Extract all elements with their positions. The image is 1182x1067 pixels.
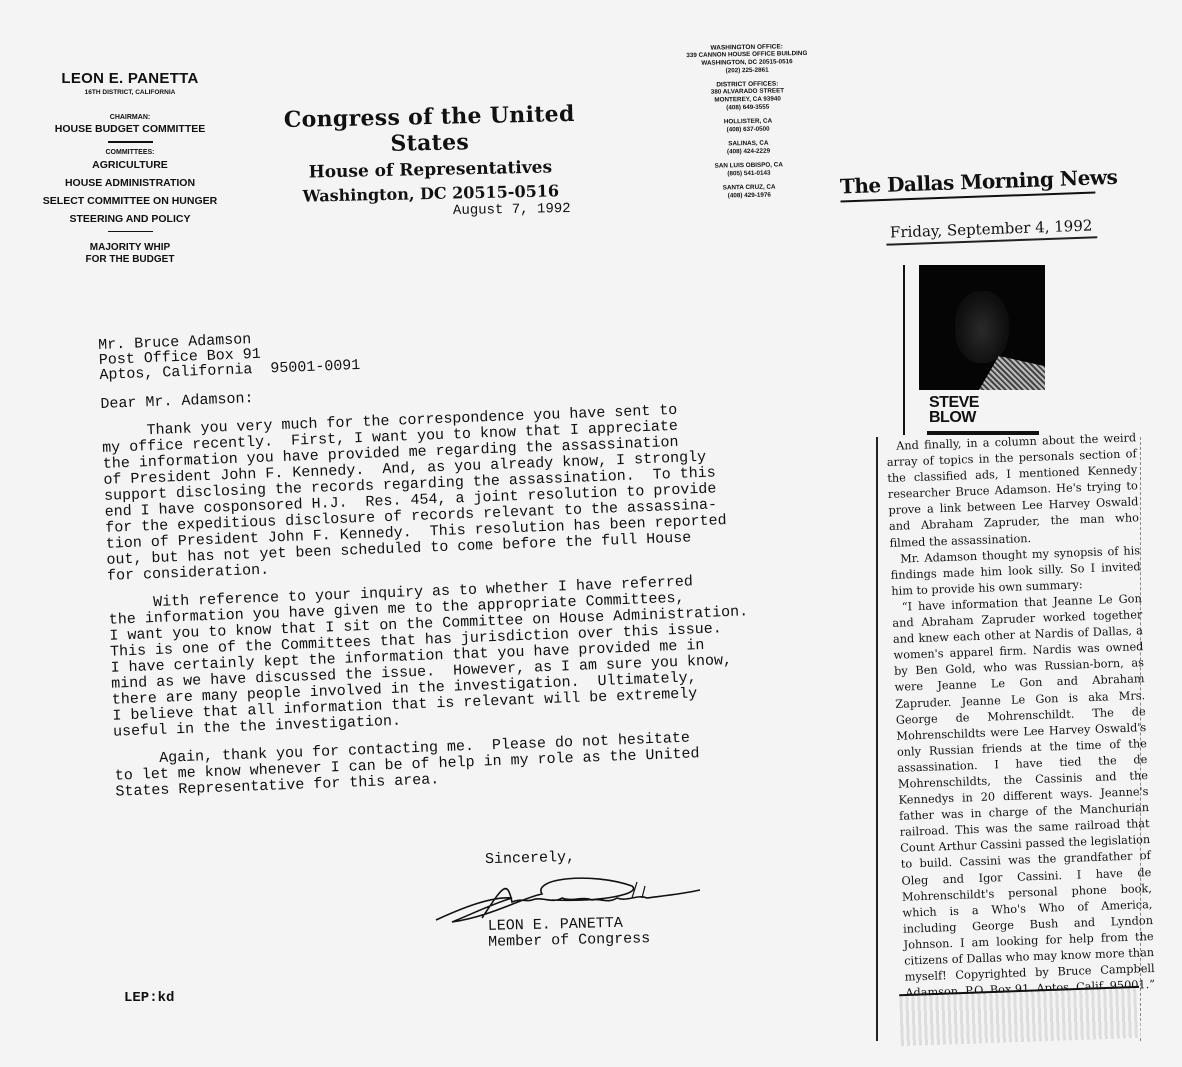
typist-initials: LEP:kd <box>124 990 174 1006</box>
committee-item: SELECT COMMITTEE ON HUNGER <box>40 195 220 207</box>
face-image <box>955 291 1009 363</box>
letter-paragraph: With reference to your inquiry as to whe… <box>108 568 853 740</box>
column-paragraph: “I have information that Jeanne Le Gon a… <box>892 591 1156 1002</box>
columnist-photo <box>919 265 1045 390</box>
committee-item: STEERING AND POLICY <box>40 213 220 225</box>
office-line: (408) 429-1976 <box>669 191 829 202</box>
signer-block: LEON E. PANETTA Member of Congress <box>488 915 651 951</box>
closing: Sincerely, <box>485 849 575 868</box>
letter-paragraph: Thank you very much for the corresponden… <box>101 397 847 585</box>
clipping-torn-edge <box>899 986 1141 1046</box>
newspaper-masthead: The Dallas Morning News <box>840 166 1096 203</box>
chairman-label: CHAIRMAN: <box>40 114 220 121</box>
congress-title: Congress of the United States <box>249 100 610 160</box>
member-district: 16TH DISTRICT, CALIFORNIA <box>40 89 220 96</box>
column-text: And finally, in a column about the weird… <box>886 430 1156 1018</box>
office-addresses: WASHINGTON OFFICE: 339 CANNON HOUSE OFFI… <box>667 43 830 202</box>
columnist-first-name: STEVE <box>929 395 979 410</box>
committee-item: AGRICULTURE <box>40 159 220 171</box>
committees-label: COMMITTEES: <box>40 149 220 156</box>
newspaper-name: The Dallas Morning News <box>840 166 1096 199</box>
column-paragraph: Mr. Adamson thought my synopsis of his f… <box>890 543 1142 600</box>
letter-date: August 7, 1992 <box>453 201 571 219</box>
signer-title: Member of Congress <box>488 931 650 951</box>
columnist-last-name: BLOW <box>929 410 979 425</box>
whip-line: MAJORITY WHIP <box>40 242 220 254</box>
member-name: LEON E. PANETTA <box>40 70 220 87</box>
column-paragraph: And finally, in a column about the weird… <box>886 430 1140 551</box>
newspaper-date: Friday, September 4, 1992 <box>886 216 1097 245</box>
whip-title: MAJORITY WHIP FOR THE BUDGET <box>40 242 220 266</box>
divider <box>108 141 153 143</box>
committee-item: HOUSE ADMINISTRATION <box>40 177 220 189</box>
letter-body: Mr. Bruce Adamson Post Office Box 91 Apt… <box>98 310 855 801</box>
whip-line: FOR THE BUDGET <box>40 254 220 266</box>
columnist-name: STEVE BLOW <box>929 395 979 425</box>
chairman-committee: HOUSE BUDGET COMMITTEE <box>40 123 220 135</box>
letterhead-title: Congress of the United States House of R… <box>249 100 611 207</box>
letterhead-member-panel: LEON E. PANETTA 16TH DISTRICT, CALIFORNI… <box>40 70 220 266</box>
divider <box>108 231 153 233</box>
columnist-photo-box: STEVE BLOW <box>903 265 1048 435</box>
newspaper-column: And finally, in a column about the weird… <box>876 437 1141 1041</box>
house-title: House of Representatives <box>250 156 610 184</box>
